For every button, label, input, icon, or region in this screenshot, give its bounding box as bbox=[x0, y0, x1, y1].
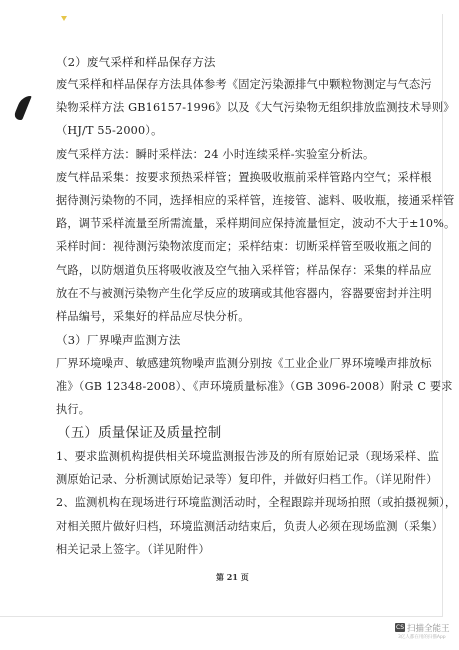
paragraph-line: （HJ/T 55-2000）。 bbox=[56, 124, 162, 138]
scan-artifact-yellow-mark bbox=[61, 16, 67, 21]
paragraph-line: 废气采样方法：瞬时采样法：24 小时连续采样-实验室分析法。 bbox=[56, 148, 374, 162]
scanner-logo-icon: CS bbox=[395, 623, 405, 632]
paragraph-line: 1、要求监测机构提供相关环境监测报告涉及的所有原始记录（现场采样、监 bbox=[56, 450, 439, 464]
paragraph-line: 相关记录上签字。（详见附件） bbox=[56, 543, 210, 557]
paragraph-line: 对相关照片做好归档，环境监测活动结束后，负责人必须在现场监测（采集） bbox=[56, 520, 443, 534]
paragraph-line: 放在不与被测污染物产生化学反应的玻璃或其他容器内，容器要密封并注明 bbox=[56, 287, 432, 301]
section-heading-quality-control: （五）质量保证及质量控制 bbox=[57, 426, 221, 440]
watermark-subtext: 3亿人都在用的扫描App bbox=[398, 634, 446, 640]
paragraph-line: 染物采样方法 GB16157-1996》以及《大气污染物无组织排放监测技术导则》 bbox=[56, 101, 455, 115]
paragraph-line: 准》（GB 12348-2008）、《声环境质量标准》（GB 3096-2008… bbox=[56, 380, 453, 394]
paragraph-line: 据待测污染物的不同，选择相应的采样管，连接管、滤料、吸收瓶，接通采样管 bbox=[56, 194, 455, 208]
paragraph-line: 测原始记录、分析测试原始记录等）复印件，并做好归档工作。（详见附件） bbox=[56, 473, 438, 487]
page-number: 第 21 页 bbox=[216, 572, 249, 583]
section-subheading-noise-monitoring: （3）厂界噪声监测方法 bbox=[56, 333, 181, 347]
paragraph-line: 废气样品采集：按要求预热采样管；置换吸收瓶前采样管路内空气；采样根 bbox=[56, 171, 432, 185]
paragraph-line: 执行。 bbox=[56, 403, 90, 417]
scanner-watermark: CS 扫描全能王 3亿人都在用的扫描App bbox=[395, 622, 455, 642]
paragraph-line: 采样时间：视待测污染物浓度而定；采样结束：切断采样管至吸收瓶之间的 bbox=[56, 240, 432, 254]
section-subheading-exhaust-sampling: （2）废气采样和样品保存方法 bbox=[56, 55, 216, 69]
paragraph-line: 2、监测机构在现场进行环境监测活动时，全程跟踪并现场拍照（或拍摄视频）， bbox=[56, 496, 456, 510]
watermark-text: 扫描全能王 bbox=[407, 622, 450, 634]
paragraph-line: 气路，以防烟道负压将吸收液及空气抽入采样管；样品保存：采集的样品应 bbox=[56, 264, 432, 278]
paragraph-line: 路，调节采样流量至所需流量，采样期间应保持流量恒定，波动不大于±10%。 bbox=[56, 217, 455, 231]
paragraph-line: 厂界环境噪声、敏感建筑物噪声监测分别按《工业企业厂界环境噪声排放标 bbox=[56, 357, 432, 371]
paragraph-line: 样品编号，采集好的样品应尽快分析。 bbox=[56, 310, 250, 324]
paragraph-line: 废气采样和样品保存方法具体参考《固定污染源排气中颗粒物测定与气态污 bbox=[56, 78, 432, 92]
